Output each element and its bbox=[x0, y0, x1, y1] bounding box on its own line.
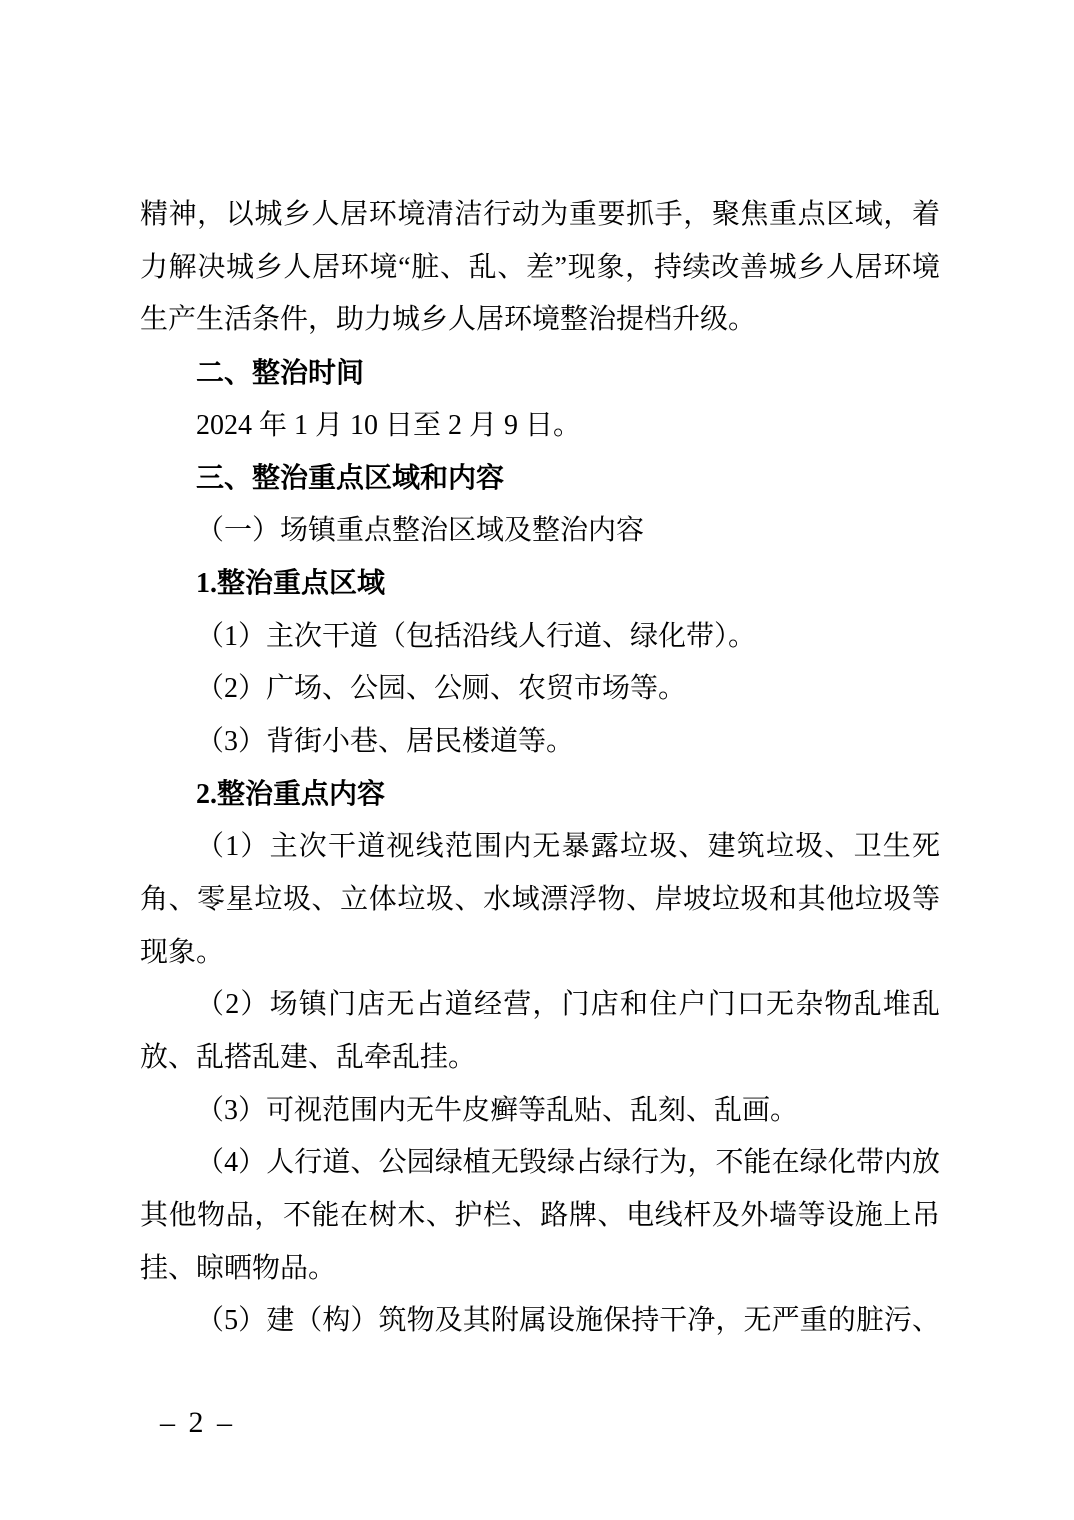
document-body: 精神，以城乡人居环境清洁行动为重要抓手，聚焦重点区域，着力解决城乡人居环境“脏、… bbox=[140, 189, 940, 1348]
page-number: – 2 – bbox=[160, 1406, 235, 1440]
item-heading-key-areas: 1.整治重点区域 bbox=[140, 558, 940, 611]
text-line: （一）场镇重点整治区域及整治内容 bbox=[140, 505, 940, 558]
text-line: 生产生活条件，助力城乡人居环境整治提档升级。 bbox=[140, 294, 940, 347]
list-item-content-1: （1）主次干道视线范围内无暴露垃圾、建筑垃圾、卫生死角、零星垃圾、立体垃圾、水域… bbox=[140, 821, 940, 979]
item-heading-key-contents: 2.整治重点内容 bbox=[140, 769, 940, 822]
text-line: （2）广场、公园、公厕、农贸市场等。 bbox=[140, 663, 940, 716]
list-item-content-3: （3）可视范围内无牛皮癣等乱贴、乱刻、乱画。 bbox=[140, 1085, 940, 1138]
paragraph-continued: 精神，以城乡人居环境清洁行动为重要抓手，聚焦重点区域，着力解决城乡人居环境“脏、… bbox=[140, 189, 940, 347]
section-heading-3: 三、整治重点区域和内容 bbox=[140, 452, 940, 505]
section-heading-2: 二、整治时间 bbox=[140, 347, 940, 400]
text-line: 角、零星垃圾、立体垃圾、水域漂浮物、岸坡垃圾和其他垃圾等 bbox=[140, 874, 940, 927]
list-item-area-2: （2）广场、公园、公厕、农贸市场等。 bbox=[140, 663, 940, 716]
list-item-area-1: （1）主次干道（包括沿线人行道、绿化带）。 bbox=[140, 611, 940, 664]
subsection-heading-1: （一）场镇重点整治区域及整治内容 bbox=[140, 505, 940, 558]
text-line: （2）场镇门店无占道经营，门店和住户门口无杂物乱堆乱 bbox=[140, 979, 940, 1032]
text-line: 力解决城乡人居环境“脏、乱、差”现象，持续改善城乡人居环境 bbox=[140, 242, 940, 295]
document-page: 精神，以城乡人居环境清洁行动为重要抓手，聚焦重点区域，着力解决城乡人居环境“脏、… bbox=[0, 0, 1074, 1520]
text-line: 挂、晾晒物品。 bbox=[140, 1243, 940, 1296]
list-item-content-4: （4）人行道、公园绿植无毁绿占绿行为，不能在绿化带内放其他物品，不能在树木、护栏… bbox=[140, 1137, 940, 1295]
remediation-time-value: 2024 年 1 月 10 日至 2 月 9 日。 bbox=[140, 400, 940, 453]
text-line: （3）背街小巷、居民楼道等。 bbox=[140, 716, 940, 769]
list-item-content-5: （5）建（构）筑物及其附属设施保持干净，无严重的脏污、 bbox=[140, 1295, 940, 1348]
text-line: （3）可视范围内无牛皮癣等乱贴、乱刻、乱画。 bbox=[140, 1085, 940, 1138]
text-line: （4）人行道、公园绿植无毁绿占绿行为，不能在绿化带内放 bbox=[140, 1137, 940, 1190]
text-line: 现象。 bbox=[140, 927, 940, 980]
list-item-content-2: （2）场镇门店无占道经营，门店和住户门口无杂物乱堆乱放、乱搭乱建、乱牵乱挂。 bbox=[140, 979, 940, 1084]
text-line: 三、整治重点区域和内容 bbox=[140, 452, 940, 505]
text-line: 2024 年 1 月 10 日至 2 月 9 日。 bbox=[140, 400, 940, 453]
text-line: 1.整治重点区域 bbox=[140, 558, 940, 611]
text-line: （1）主次干道视线范围内无暴露垃圾、建筑垃圾、卫生死 bbox=[140, 821, 940, 874]
text-line: 2.整治重点内容 bbox=[140, 769, 940, 822]
text-line: 放、乱搭乱建、乱牵乱挂。 bbox=[140, 1032, 940, 1085]
list-item-area-3: （3）背街小巷、居民楼道等。 bbox=[140, 716, 940, 769]
text-line: 二、整治时间 bbox=[140, 347, 940, 400]
text-line: （5）建（构）筑物及其附属设施保持干净，无严重的脏污、 bbox=[140, 1295, 940, 1348]
text-line: （1）主次干道（包括沿线人行道、绿化带）。 bbox=[140, 611, 940, 664]
text-line: 精神，以城乡人居环境清洁行动为重要抓手，聚焦重点区域，着 bbox=[140, 189, 940, 242]
text-line: 其他物品，不能在树木、护栏、路牌、电线杆及外墙等设施上吊 bbox=[140, 1190, 940, 1243]
